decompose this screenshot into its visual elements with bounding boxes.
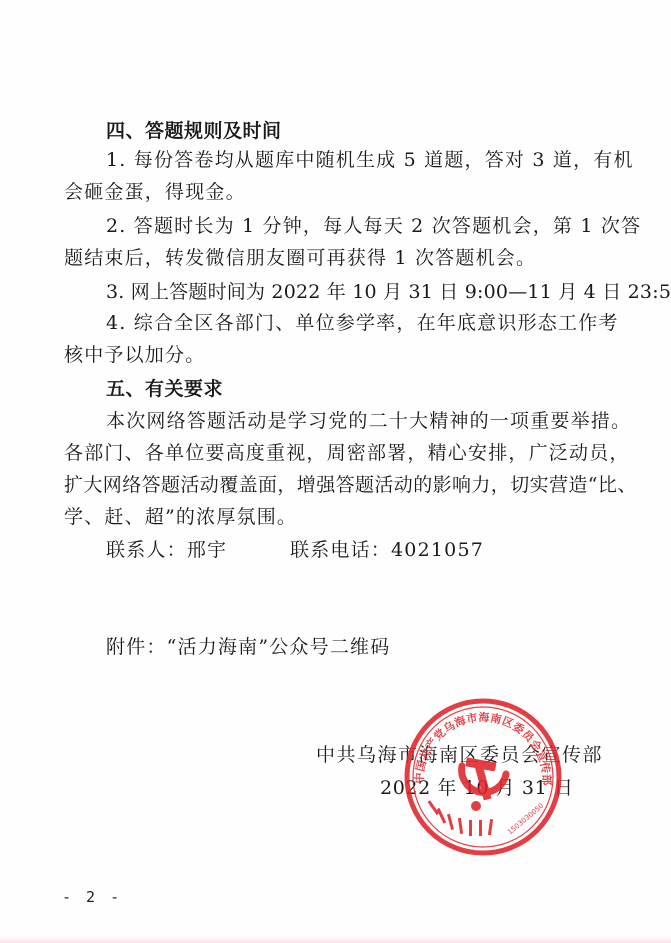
rule-4-line-2: 核中予以加分。 — [64, 343, 205, 367]
signing-organization: 中共乌海市海南区委员会宣传部 — [316, 743, 603, 767]
rule-2-line-1: 2. 答题时长为 1 分钟，每人每天 2 次答题机会，第 1 次答 — [106, 214, 641, 238]
contact-person-name: 邢宇 — [187, 539, 227, 561]
svg-text:1503030050: 1503030050 — [506, 802, 545, 837]
rule-4-line-1: 4. 综合全区各部门、单位参学率，在年底意识形态工作考 — [106, 311, 619, 335]
contact-phone-label: 联系电话： — [290, 539, 391, 561]
attachment-note: 附件：“活力海南”公众号二维码 — [106, 635, 390, 659]
page-number: - 2 - — [62, 888, 122, 906]
signing-date: 2022 年 10 月 31 日 — [380, 776, 574, 800]
scan-edge — [0, 936, 671, 943]
requirements-line-2: 各部门、各单位要高度重视，周密部署，精心安排，广泛动员， — [64, 441, 630, 465]
requirements-line-1: 本次网络答题活动是学习党的二十大精神的一项重要举措。 — [106, 409, 631, 433]
section-5-heading: 五、有关要求 — [106, 377, 223, 401]
document-page: 四、答题规则及时间 1. 每份答卷均从题库中随机生成 5 道题，答对 3 道，有… — [0, 0, 671, 943]
requirements-line-3: 扩大网络答题活动覆盖面，增强答题活动的影响力，切实营造“比、 — [64, 473, 637, 497]
contact-phone: 联系电话：4021057 — [290, 538, 484, 562]
contact-person: 联系人：邢宇 — [106, 538, 227, 562]
rule-1-line-1: 1. 每份答卷均从题库中随机生成 5 道题，答对 3 道，有机 — [106, 148, 634, 172]
rule-3-line-1: 3. 网上答题时间为 2022 年 10 月 31 日 9:00—11 月 4 … — [106, 280, 671, 304]
contact-phone-number: 4021057 — [391, 539, 484, 561]
rule-2-line-2: 题结束后，转发微信朋友圈可再获得 1 次答题机会。 — [64, 246, 536, 270]
rule-1-line-2: 会砸金蛋，得现金。 — [64, 180, 246, 204]
requirements-line-4: 学、赶、超”的浓厚氛围。 — [64, 505, 297, 529]
section-4-heading: 四、答题规则及时间 — [106, 119, 282, 143]
contact-person-label: 联系人： — [106, 539, 187, 561]
